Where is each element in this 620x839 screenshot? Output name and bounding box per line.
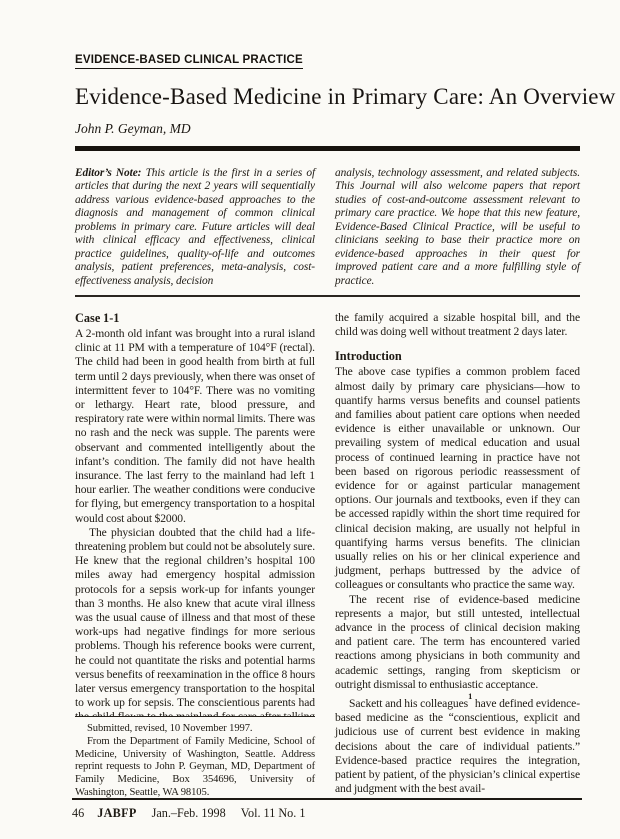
page-number: 46 [72, 806, 84, 821]
editors-note-right-column: analysis, technology assessment, and rel… [335, 167, 580, 289]
footnote-submitted-line: Submitted, revised, 10 November 1997. [75, 723, 315, 736]
introduction-paragraph-3: Sackett and his colleagues1 have defined… [335, 692, 580, 796]
paragraph-text: Sackett and his colleagues [349, 697, 468, 710]
introduction-paragraph-1: The above case typifies a common problem… [335, 365, 580, 592]
page-footer: 46 JABFP Jan.–Feb. 1998 Vol. 11 No. 1 [72, 798, 582, 839]
article-header: EVIDENCE-BASED CLINICAL PRACTICE Evidenc… [75, 50, 580, 151]
issue-date: Jan.–Feb. 1998 [152, 806, 226, 821]
paragraph-text: have defined evidence-based medicine as … [335, 697, 580, 795]
case-heading: Case 1-1 [75, 311, 315, 325]
editors-note-left-column: Editor’s Note: This article is the first… [75, 167, 315, 289]
introduction-heading: Introduction [335, 349, 580, 363]
introduction-paragraph-2: The recent rise of evidence-based medici… [335, 593, 580, 692]
divider-thick-rule [75, 146, 580, 151]
footnote-affiliation-line: From the Department of Family Medicine, … [75, 736, 315, 800]
footer-line: 46 JABFP Jan.–Feb. 1998 Vol. 11 No. 1 [72, 806, 582, 821]
section-kicker: EVIDENCE-BASED CLINICAL PRACTICE [75, 54, 303, 69]
case-paragraph-1: A 2-month old infant was brought into a … [75, 327, 315, 526]
editors-note-label: Editor’s Note: [75, 167, 141, 179]
author-byline: John P. Geyman, MD [75, 121, 580, 137]
reference-superscript-1: 1 [468, 691, 472, 701]
journal-abbreviation: JABFP [97, 806, 136, 821]
volume-number: Vol. 11 No. 1 [241, 806, 306, 821]
article-title: Evidence-Based Medicine in Primary Care:… [75, 84, 580, 110]
author-footnote: Submitted, revised, 10 November 1997. Fr… [75, 716, 315, 803]
editors-note-right-text: analysis, technology assessment, and rel… [335, 167, 580, 287]
journal-article-page: EVIDENCE-BASED CLINICAL PRACTICE Evidenc… [0, 0, 620, 839]
divider-thin-rule [75, 295, 580, 297]
case-continuation: the family acquired a sizable hospital b… [335, 311, 580, 339]
editors-note-left-text: This article is the first in a series of… [75, 167, 315, 287]
editors-note: Editor’s Note: This article is the first… [75, 167, 580, 289]
footer-rule [72, 798, 582, 800]
body-right-column: the family acquired a sizable hospital b… [335, 311, 580, 797]
